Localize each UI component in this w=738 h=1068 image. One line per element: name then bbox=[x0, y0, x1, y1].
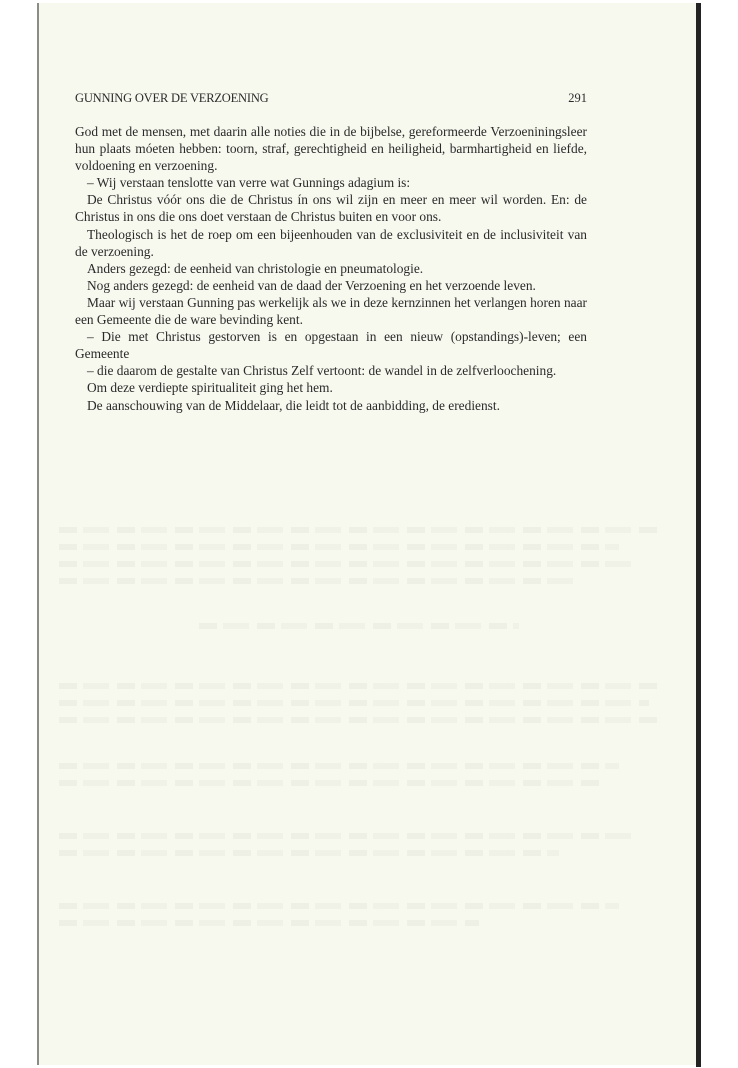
paragraph: De aanschouwing van de Middelaar, die le… bbox=[75, 397, 587, 414]
paragraph: God met de mensen, met daarin alle notie… bbox=[75, 123, 587, 174]
running-head: GUNNING OVER DE VERZOENING 291 bbox=[75, 91, 587, 107]
show-through-line bbox=[59, 527, 659, 533]
show-through-line bbox=[199, 623, 519, 629]
paragraph: – Die met Christus gestorven is en opges… bbox=[75, 328, 587, 362]
paragraph: – die daarom de gestalte van Christus Ze… bbox=[75, 362, 587, 379]
show-through-line bbox=[59, 544, 619, 550]
show-through-line bbox=[59, 920, 479, 926]
page-edge-shadow bbox=[696, 3, 701, 1067]
show-through-line bbox=[59, 561, 639, 567]
show-through-line bbox=[59, 763, 619, 769]
show-through-line bbox=[59, 780, 599, 786]
scanned-page: GUNNING OVER DE VERZOENING 291 God met d… bbox=[0, 0, 738, 1068]
paragraph: Nog anders gezegd: de eenheid van de daa… bbox=[75, 277, 587, 294]
body-text: God met de mensen, met daarin alle notie… bbox=[75, 123, 587, 414]
paragraph: – Wij verstaan tenslotte van verre wat G… bbox=[75, 174, 587, 191]
show-through-line bbox=[59, 683, 659, 689]
paragraph: De Christus vóór ons die de Christus ín … bbox=[75, 191, 587, 225]
show-through-line bbox=[59, 903, 619, 909]
show-through-line bbox=[59, 833, 639, 839]
paragraph: Om deze verdiepte spiritualiteit ging he… bbox=[75, 379, 587, 396]
paragraph: Theologisch is het de roep om een bijeen… bbox=[75, 226, 587, 260]
show-through-line bbox=[59, 717, 659, 723]
paragraph: Anders gezegd: de eenheid van christolog… bbox=[75, 260, 587, 277]
book-page: GUNNING OVER DE VERZOENING 291 God met d… bbox=[37, 3, 696, 1065]
running-title: GUNNING OVER DE VERZOENING bbox=[75, 91, 269, 106]
paragraph: Maar wij verstaan Gunning pas werkelijk … bbox=[75, 294, 587, 328]
show-through-line bbox=[59, 578, 579, 584]
show-through-line bbox=[59, 850, 559, 856]
show-through-line bbox=[59, 700, 649, 706]
page-number: 291 bbox=[568, 91, 587, 106]
